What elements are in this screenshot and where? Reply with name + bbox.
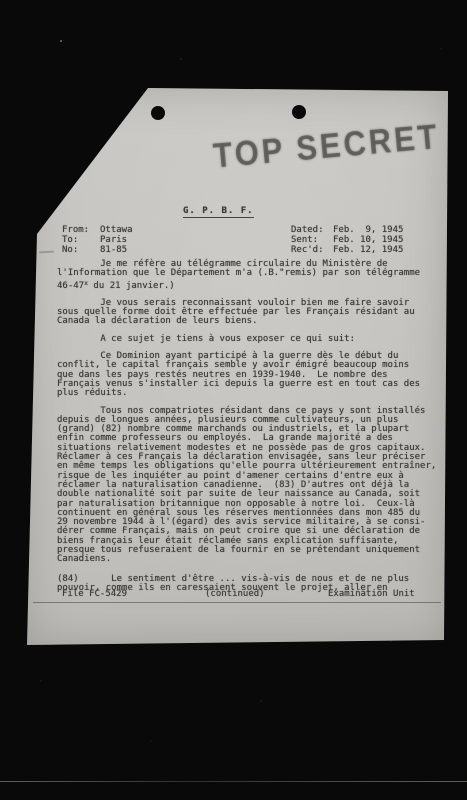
meta-dated-row: Dated: Feb. 9, 1945	[291, 225, 403, 235]
sent-value: Feb. 10, 1945	[333, 235, 403, 245]
routing-block: From: Ottawa To: Paris No: 81-85	[62, 225, 133, 255]
to-value: Paris	[100, 235, 127, 245]
continued-note: (continued)	[205, 589, 265, 599]
pencil-mark	[39, 251, 54, 254]
punch-hole-left	[151, 106, 165, 120]
film-scratch-line	[0, 781, 467, 782]
meta-to-row: To: Paris	[62, 235, 133, 245]
to-label: To:	[62, 235, 100, 245]
number-label: No:	[62, 245, 100, 255]
dated-label: Dated:	[291, 225, 333, 235]
number-value: 81-85	[100, 245, 127, 255]
scanned-telegram-page: TOP SECRET G. P. B. F. From: Ottawa To: …	[25, 88, 448, 645]
examination-unit-label: Examination Unit	[328, 589, 415, 599]
file-number: File FC-5429	[62, 589, 127, 599]
received-value: Feb. 12, 1945	[333, 245, 403, 255]
paragraph-5: Tous nos compatriotes résidant dans ce p…	[57, 407, 443, 565]
sent-label: Sent:	[291, 235, 333, 245]
dated-value: Feb. 9, 1945	[333, 225, 403, 235]
top-secret-stamp: TOP SECRET	[212, 115, 455, 176]
from-value: Ottawa	[100, 225, 133, 235]
dates-block: Dated: Feb. 9, 1945 Sent: Feb. 10, 1945 …	[291, 225, 403, 255]
meta-number-row: No: 81-85	[62, 245, 133, 255]
paragraph-1-tail: du 21 janvier.)	[88, 281, 175, 291]
paragraph-2: Je vous serais reconnaissant vouloir bie…	[57, 299, 443, 327]
footer-rule	[33, 602, 441, 603]
paragraph-1: Je me réfère au télégramme circulaire du…	[57, 260, 443, 291]
from-label: From:	[62, 225, 100, 235]
film-speckles	[60, 40, 62, 42]
meta-sent-row: Sent: Feb. 10, 1945	[291, 235, 403, 245]
meta-from-row: From: Ottawa	[62, 225, 133, 235]
paragraph-4: Ce Dominion ayant participé à la guerre …	[57, 352, 443, 398]
document-title: G. P. B. F.	[183, 206, 254, 218]
meta-received-row: Rec'd: Feb. 12, 1945	[291, 245, 403, 255]
telegram-body: Je me réfère au télégramme circulaire du…	[57, 260, 443, 601]
received-label: Rec'd:	[291, 245, 333, 255]
paragraph-3: A ce sujet je tiens à vous exposer ce qu…	[57, 335, 443, 344]
punch-hole-right	[292, 105, 306, 119]
